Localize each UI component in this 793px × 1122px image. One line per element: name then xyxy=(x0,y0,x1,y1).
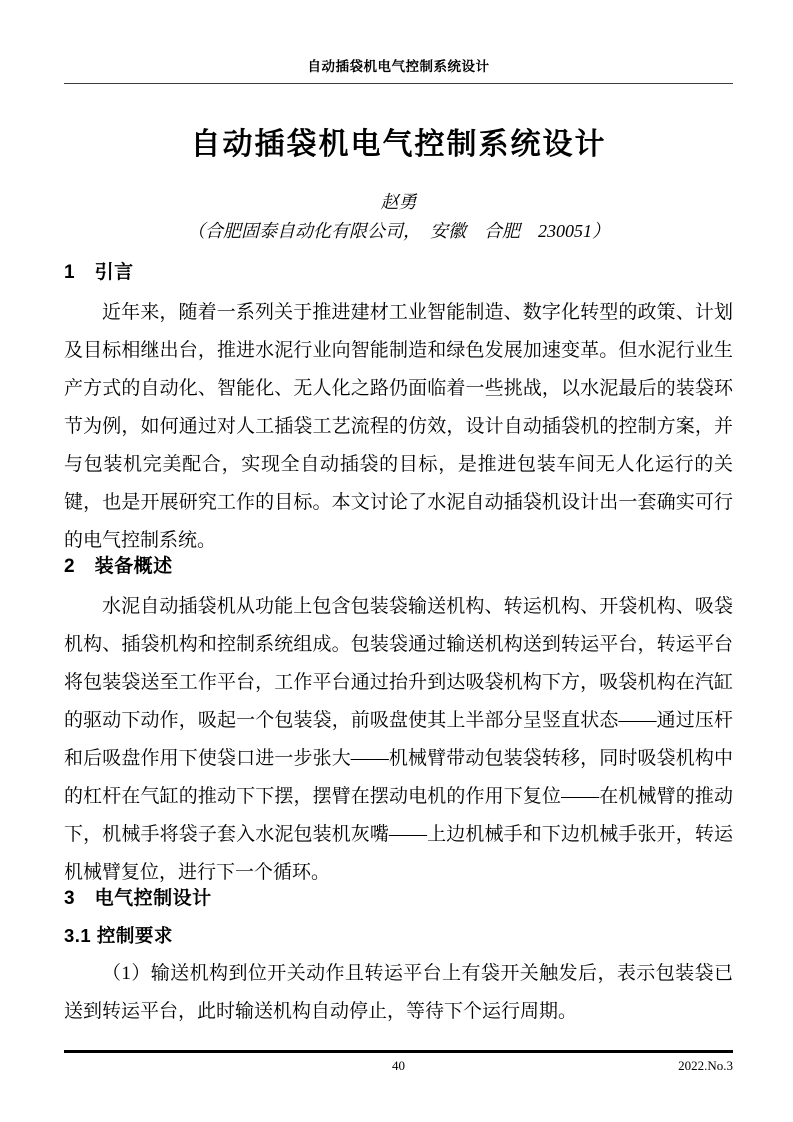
document-page: 自动插袋机电气控制系统设计 自动插袋机电气控制系统设计 赵勇 （合肥固泰自动化有… xyxy=(0,0,793,1122)
page-number: 40 xyxy=(64,1058,733,1074)
author-name: 赵勇 xyxy=(64,190,733,214)
section-heading-3: 3 电气控制设计 xyxy=(64,886,733,912)
subsection-3-1-paragraph: （1）输送机构到位开关动作且转运平台上有袋开关触发后，表示包装袋已送到转运平台，… xyxy=(64,955,733,1031)
article-title: 自动插袋机电气控制系统设计 xyxy=(64,126,733,164)
section-heading-1: 1 引言 xyxy=(64,260,733,286)
section-2-paragraph: 水泥自动插袋机从功能上包含包装袋输送机构、转运机构、开袋机构、吸袋机构、插袋机构… xyxy=(64,588,733,892)
section-1-paragraph: 近年来，随着一系列关于推进建材工业智能制造、数字化转型的政策、计划及目标相继出台… xyxy=(64,294,733,560)
issue-number: 2022.No.3 xyxy=(678,1058,733,1074)
author-affiliation: （合肥固泰自动化有限公司， 安徽 合肥 230051） xyxy=(64,218,733,244)
subsection-heading-3-1: 3.1 控制要求 xyxy=(64,923,733,949)
page-footer: 40 2022.No.3 xyxy=(64,1050,733,1074)
article-body: 自动插袋机电气控制系统设计 赵勇 （合肥固泰自动化有限公司， 安徽 合肥 230… xyxy=(64,0,733,1031)
section-heading-2: 2 装备概述 xyxy=(64,554,733,580)
